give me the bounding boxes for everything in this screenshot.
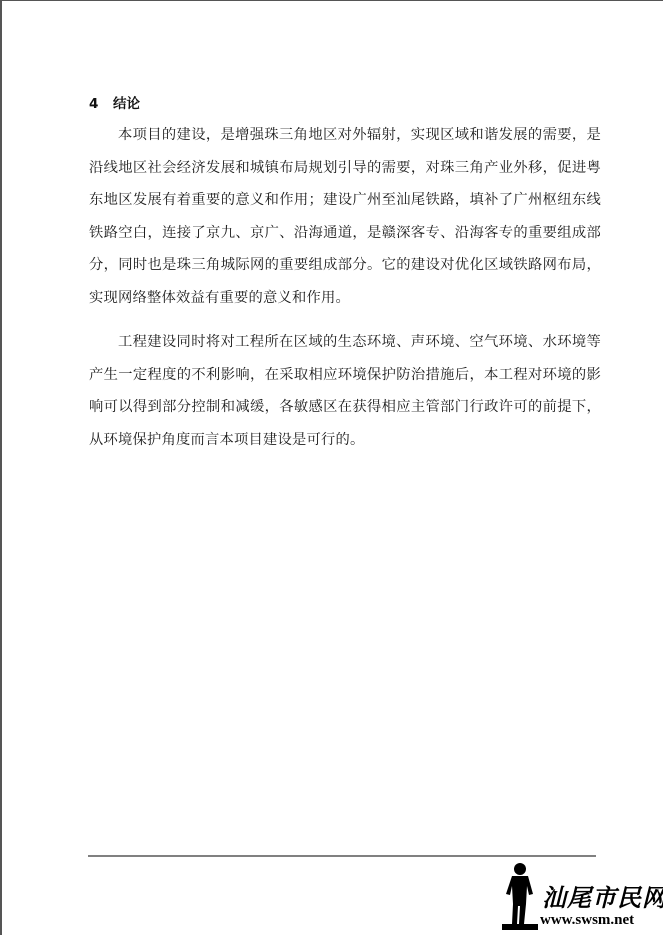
footer-divider (88, 855, 596, 857)
section-heading: 4结论 (89, 92, 140, 112)
paragraph-significance: 本项目的建设，是增强珠三角地区对外辐射，实现区域和谐发展的需要，是沿线地区社会经… (89, 119, 601, 315)
watermark-title: 汕尾市民网 (542, 878, 663, 913)
section-title: 结论 (113, 96, 140, 112)
standing-person-silhouette-icon (500, 860, 542, 932)
page-border-top (0, 0, 663, 1)
page-border-left (0, 0, 2, 935)
watermark-logo: 汕尾市民网 www.swsm.net (500, 860, 660, 932)
watermark-url: www.swsm.net (540, 912, 634, 929)
paragraph-environmental-impact: 工程建设同时将对工程所在区域的生态环境、声环境、空气环境、水环境等产生一定程度的… (89, 326, 601, 456)
section-number: 4 (89, 96, 113, 112)
